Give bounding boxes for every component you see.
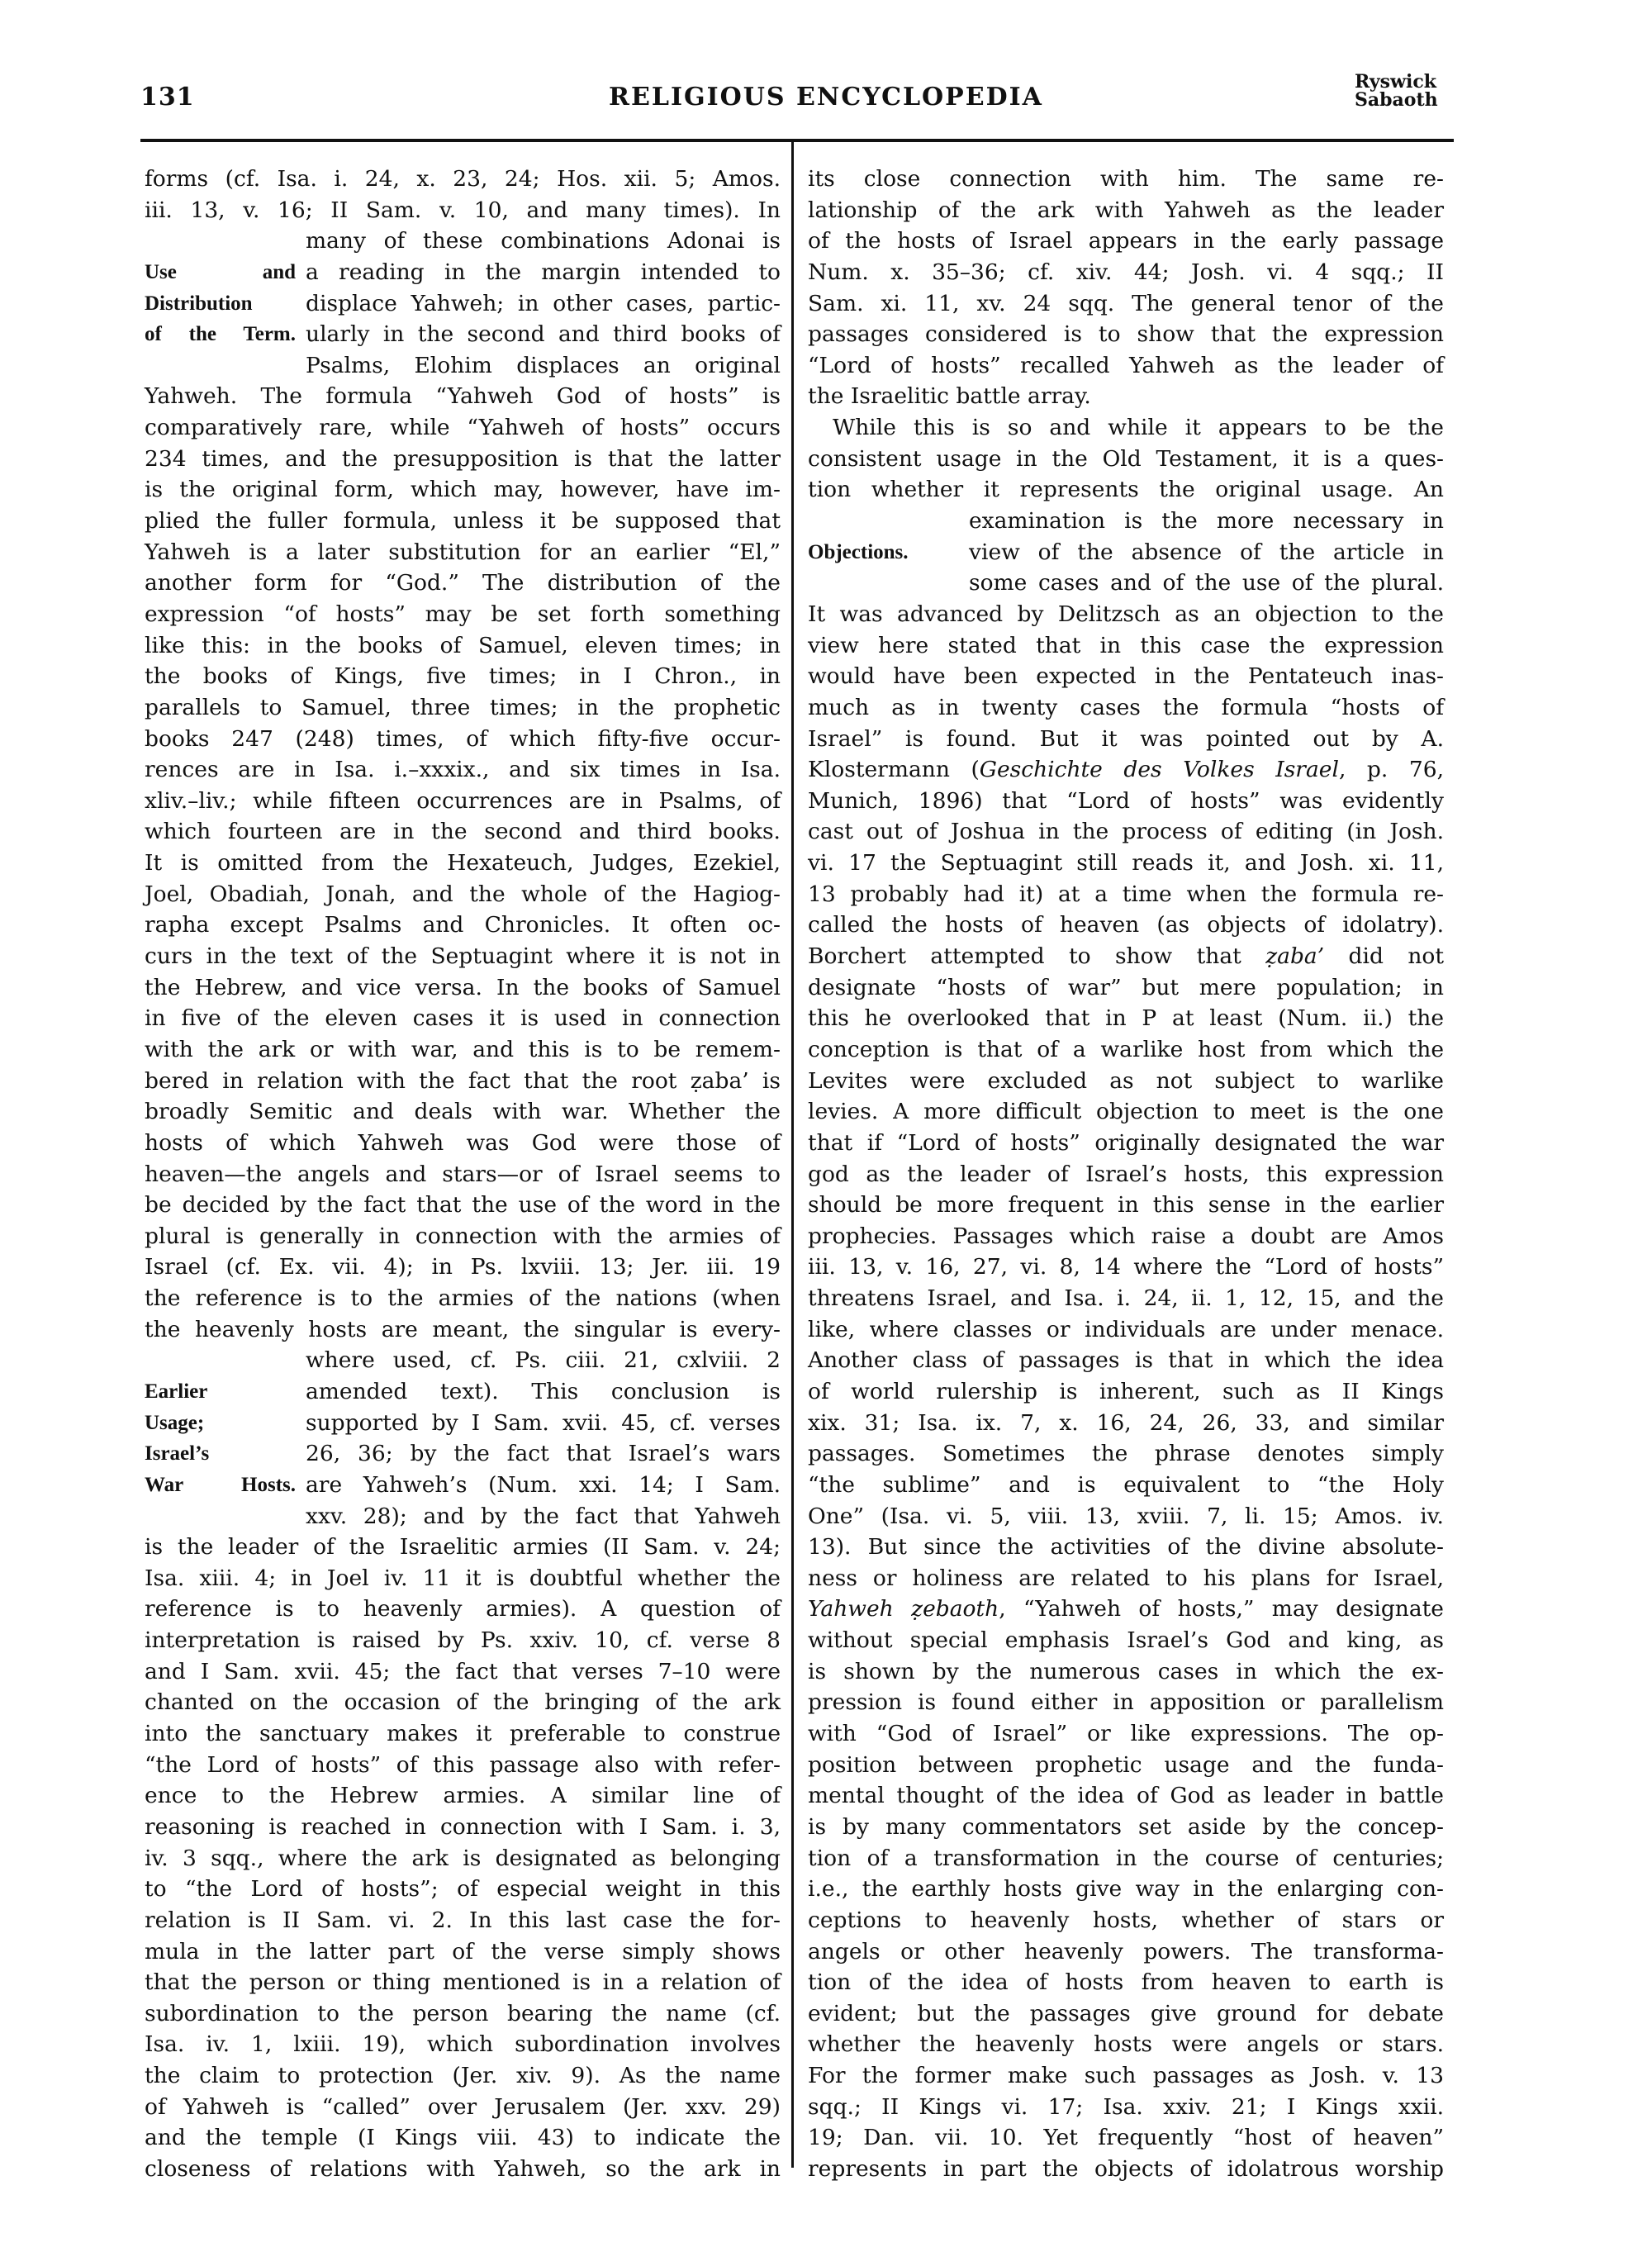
text-line: the Hebrew, and vice versa. In the books… — [145, 972, 781, 1004]
text-line: tion of the idea of hosts from heaven to… — [808, 1967, 1444, 1998]
text-line: i.e., the earthly hosts give way in the … — [808, 1874, 1444, 1905]
text-line: angels or other heavenly powers. The tra… — [808, 1936, 1444, 1968]
text-line: heaven—the angels and stars—or of Israel… — [145, 1159, 781, 1190]
text-line: mula in the latter part of the verse sim… — [145, 1936, 781, 1968]
entry-range-start: Ryswick — [1355, 73, 1438, 91]
text-line: “the sublime” and is equivalent to “the … — [808, 1470, 1444, 1501]
text-line: books 247 (248) times, of which fifty-fi… — [145, 724, 781, 755]
text-line: called the hosts of heaven (as objects o… — [808, 910, 1444, 941]
text-line: passages. Sometimes the phrase denotes s… — [808, 1438, 1444, 1470]
text-line: Psalms, Elohim displaces an original — [145, 350, 781, 382]
sidenote-distribution: Distribution — [145, 288, 306, 320]
text-line: interpretation is raised by Ps. xxiv. 10… — [145, 1625, 781, 1656]
text-line: xxv. 28); and by the fact that Yahweh — [145, 1501, 781, 1532]
text-line: that the person or thing mentioned is in… — [145, 1967, 781, 1998]
text-line: reference is to heavenly armies). A ques… — [145, 1594, 781, 1625]
text-line: the Israelitic battle array. — [808, 381, 1444, 412]
sidenote-earlier: Earlier — [145, 1376, 306, 1408]
text-line: xix. 31; Isa. ix. 7, x. 16, 24, 26, 33, … — [808, 1408, 1444, 1439]
text-line: Klostermann (Geschichte des Volkes Israe… — [808, 754, 1444, 786]
text-line: and the temple (I Kings viii. 43) to ind… — [145, 2122, 781, 2154]
sidenote-of-the-term: of the Term. — [145, 319, 306, 350]
text-line: the reference is to the armies of the na… — [145, 1283, 781, 1314]
text-line: is the original form, which may, however… — [145, 474, 781, 506]
text-line: curs in the text of the Septuagint where… — [145, 941, 781, 972]
text-line: of world rulership is inherent, such as … — [808, 1376, 1444, 1408]
text-line: relation is II Sam. vi. 2. In this last … — [145, 1905, 781, 1936]
text-line: chanted on the occasion of the bringing … — [145, 1687, 781, 1718]
text-line: ence to the Hebrew armies. A similar lin… — [145, 1780, 781, 1812]
text-line: ceptions to heavenly hosts, whether of s… — [808, 1905, 1444, 1936]
text-line: xliv.–liv.; while fifteen occurrences ar… — [145, 786, 781, 817]
text-line: iv. 3 sqq., where the ark is designated … — [145, 1843, 781, 1874]
header-rule — [140, 139, 1454, 142]
entry-range-end: Sabaoth — [1355, 91, 1438, 109]
text-line: to “the Lord of hosts”; of especial weig… — [145, 1874, 781, 1905]
text-line: tion whether it represents the original … — [808, 474, 1444, 506]
text-line: pression is found either in apposition o… — [808, 1687, 1444, 1718]
text-line: 13 probably had it) at a time when the f… — [808, 879, 1444, 910]
text-line: iii. 13, v. 16; II Sam. v. 10, and many … — [145, 195, 781, 226]
text-line: 13). But since the activities of the div… — [808, 1532, 1444, 1563]
text-line: is by many commentators set aside by the… — [808, 1812, 1444, 1843]
sidenote-israels: Israel’s — [145, 1438, 306, 1470]
text-line: that if “Lord of hosts” originally desig… — [808, 1128, 1444, 1159]
text-line: One” (Isa. vi. 5, viii. 13, xviii. 7, li… — [808, 1501, 1444, 1532]
text-line: like this: in the books of Samuel, eleve… — [145, 630, 781, 662]
text-line: Another class of passages is that in whi… — [808, 1345, 1444, 1376]
entry-range: Ryswick Sabaoth — [1355, 73, 1438, 109]
text-line: plied the fuller formula, unless it be s… — [145, 506, 781, 537]
text-line: parallels to Samuel, three times; in the… — [145, 692, 781, 724]
sidenote-war-hosts: War Hosts. — [145, 1470, 306, 1501]
text-line: Earlieramended text). This conclusion is — [145, 1376, 781, 1408]
text-line: much as in twenty cases the formula “hos… — [808, 692, 1444, 724]
text-line: is shown by the numerous cases in which … — [808, 1656, 1444, 1688]
text-line: position between prophetic usage and the… — [808, 1750, 1444, 1781]
text-line: subordination to the person bearing the … — [145, 1998, 781, 2030]
text-line: Yahweh ẓebaoth, “Yahweh of hosts,” may d… — [808, 1594, 1444, 1625]
sidenote-usage: Usage; — [145, 1408, 306, 1439]
text-line: sqq.; II Kings vi. 17; Isa. xxiv. 21; I … — [808, 2092, 1444, 2123]
text-line: “Lord of hosts” recalled Yahweh as the l… — [808, 350, 1444, 382]
text-line: closeness of relations with Yahweh, so t… — [145, 2154, 781, 2185]
text-line: bered in relation with the fact that the… — [145, 1066, 781, 1097]
text-line: comparatively rare, while “Yahweh of hos… — [145, 412, 781, 444]
text-line: War Hosts.are Yahweh’s (Num. xxi. 14; I … — [145, 1470, 781, 1501]
text-line: vi. 17 the Septuagint still reads it, an… — [808, 848, 1444, 879]
text-line: of Yahweh is “called” over Jerusalem (Je… — [145, 2092, 781, 2123]
text-line: some cases and of the use of the plural. — [808, 568, 1444, 599]
text-line: Isa. xiii. 4; in Joel iv. 11 it is doubt… — [145, 1563, 781, 1594]
text-line: 234 times, and the presupposition is tha… — [145, 444, 781, 475]
text-line: examination is the more necessary in — [808, 506, 1444, 537]
text-line: where used, cf. Ps. ciii. 21, cxlviii. 2 — [145, 1345, 781, 1376]
text-line: the claim to protection (Jer. xiv. 9). A… — [145, 2060, 781, 2092]
sidenote-objections: Objections. — [808, 537, 969, 568]
text-line: would have been expected in the Pentateu… — [808, 661, 1444, 692]
text-line: without special emphasis Israel’s God an… — [808, 1625, 1444, 1656]
column-divider — [791, 140, 794, 2168]
text-line: another form for “God.” The distribution… — [145, 568, 781, 599]
paragraph-start: While this is so and while it appears to… — [808, 412, 1444, 444]
left-column: forms (cf. Isa. i. 24, x. 23, 24; Hos. x… — [145, 164, 781, 2185]
text-line: reasoning is reached in connection with … — [145, 1812, 781, 1843]
text-line: the heavenly hosts are meant, the singul… — [145, 1314, 781, 1346]
text-line: expression “of hosts” may be set forth s… — [145, 599, 781, 630]
text-line: Use anda reading in the margin intended … — [145, 257, 781, 288]
text-line: Israel’s26, 36; by the fact that Israel’… — [145, 1438, 781, 1470]
text-line: and I Sam. xvii. 45; the fact that verse… — [145, 1656, 781, 1688]
text-line: evident; but the passages give ground fo… — [808, 1998, 1444, 2030]
text-line: hosts of which Yahweh was God were those… — [145, 1128, 781, 1159]
text-line: It was advanced by Delitzsch as an objec… — [808, 599, 1444, 630]
text-line: should be more frequent in this sense in… — [808, 1190, 1444, 1221]
text-line: rences are in Isa. i.–xxxix., and six ti… — [145, 754, 781, 786]
text-line: iii. 13, v. 16, 27, vi. 8, 14 where the … — [808, 1252, 1444, 1283]
text-line: represents in part the objects of idolat… — [808, 2154, 1444, 2185]
hebrew-term: ẓaba’ — [1265, 943, 1324, 969]
text-line: Yahweh is a later substitution for an ea… — [145, 537, 781, 568]
text-line: lationship of the ark with Yahweh as the… — [808, 195, 1444, 226]
text-line: consistent usage in the Old Testament, i… — [808, 444, 1444, 475]
text-line: be decided by the fact that the use of t… — [145, 1190, 781, 1221]
book-title: Geschichte des Volkes Israel — [980, 757, 1339, 782]
text-line: of the Term.ularly in the second and thi… — [145, 319, 781, 350]
text-line: forms (cf. Isa. i. 24, x. 23, 24; Hos. x… — [145, 164, 781, 195]
text-line: threatens Israel, and Isa. i. 24, ii. 1,… — [808, 1283, 1444, 1314]
text-line: whether the heavenly hosts were angels o… — [808, 2029, 1444, 2060]
text-line: plural is generally in connection with t… — [145, 1221, 781, 1252]
text-line: its close connection with him. The same … — [808, 164, 1444, 195]
text-line: Num. x. 35–36; cf. xiv. 44; Josh. vi. 4 … — [808, 257, 1444, 288]
text-line: this he overlooked that in P at least (N… — [808, 1003, 1444, 1034]
text-line: For the former make such passages as Jos… — [808, 2060, 1444, 2092]
text-line: is the leader of the Israelitic armies (… — [145, 1532, 781, 1563]
text-line: Levites were excluded as not subject to … — [808, 1066, 1444, 1097]
text-line: tion of a transformation in the course o… — [808, 1843, 1444, 1874]
sidenote-use-and: Use and — [145, 257, 306, 288]
text-line: rapha except Psalms and Chronicles. It o… — [145, 910, 781, 941]
text-line: Yahweh. The formula “Yahweh God of hosts… — [145, 381, 781, 412]
text-line: conception is that of a warlike host fro… — [808, 1034, 1444, 1066]
text-line: ness or holiness are related to his plan… — [808, 1563, 1444, 1594]
text-line: Objections.view of the absence of the ar… — [808, 537, 1444, 568]
text-line: view here stated that in this case the e… — [808, 630, 1444, 662]
text-line: Israel” is found. But it was pointed out… — [808, 724, 1444, 755]
text-line: Isa. iv. 1, lxiii. 19), which subordinat… — [145, 2029, 781, 2060]
text-line: with “God of Israel” or like expressions… — [808, 1718, 1444, 1750]
text-line: Distributiondisplace Yahweh; in other ca… — [145, 288, 781, 320]
text-line: many of these combinations Adonai is — [145, 226, 781, 257]
text-line: 19; Dan. vii. 10. Yet frequently “host o… — [808, 2122, 1444, 2154]
right-column: its close connection with him. The same … — [808, 164, 1444, 2185]
text-line: into the sanctuary makes it preferable t… — [145, 1718, 781, 1750]
text-line: broadly Semitic and deals with war. Whet… — [145, 1096, 781, 1128]
text-line: the books of Kings, five times; in I Chr… — [145, 661, 781, 692]
text-line: with the ark or with war, and this is to… — [145, 1034, 781, 1066]
text-line: Borchert attempted to show that ẓaba’ di… — [808, 941, 1444, 972]
text-line: of the hosts of Israel appears in the ea… — [808, 226, 1444, 257]
hebrew-term: Yahweh ẓebaoth — [808, 1596, 999, 1622]
text-line: Sam. xi. 11, xv. 24 sqq. The general ten… — [808, 288, 1444, 320]
text-line: Munich, 1896) that “Lord of hosts” was e… — [808, 786, 1444, 817]
text-line: “the Lord of hosts” of this passage also… — [145, 1750, 781, 1781]
text-line: It is omitted from the Hexateuch, Judges… — [145, 848, 781, 879]
text-line: like, where classes or individuals are u… — [808, 1314, 1444, 1346]
text-line: Israel (cf. Ex. vii. 4); in Ps. lxviii. … — [145, 1252, 781, 1283]
text-line: prophecies. Passages which raise a doubt… — [808, 1221, 1444, 1252]
text-line: Joel, Obadiah, Jonah, and the whole of t… — [145, 879, 781, 910]
text-line: passages considered is to show that the … — [808, 319, 1444, 350]
text-line: in five of the eleven cases it is used i… — [145, 1003, 781, 1034]
text-line: designate “hosts of war” but mere popula… — [808, 972, 1444, 1004]
text-line: levies. A more difficult objection to me… — [808, 1096, 1444, 1128]
text-line: mental thought of the idea of God as lea… — [808, 1780, 1444, 1812]
text-line: cast out of Joshua in the process of edi… — [808, 816, 1444, 848]
text-line: god as the leader of Israel’s hosts, thi… — [808, 1159, 1444, 1190]
text-line: which fourteen are in the second and thi… — [145, 816, 781, 848]
text-line: Usage;supported by I Sam. xvii. 45, cf. … — [145, 1408, 781, 1439]
